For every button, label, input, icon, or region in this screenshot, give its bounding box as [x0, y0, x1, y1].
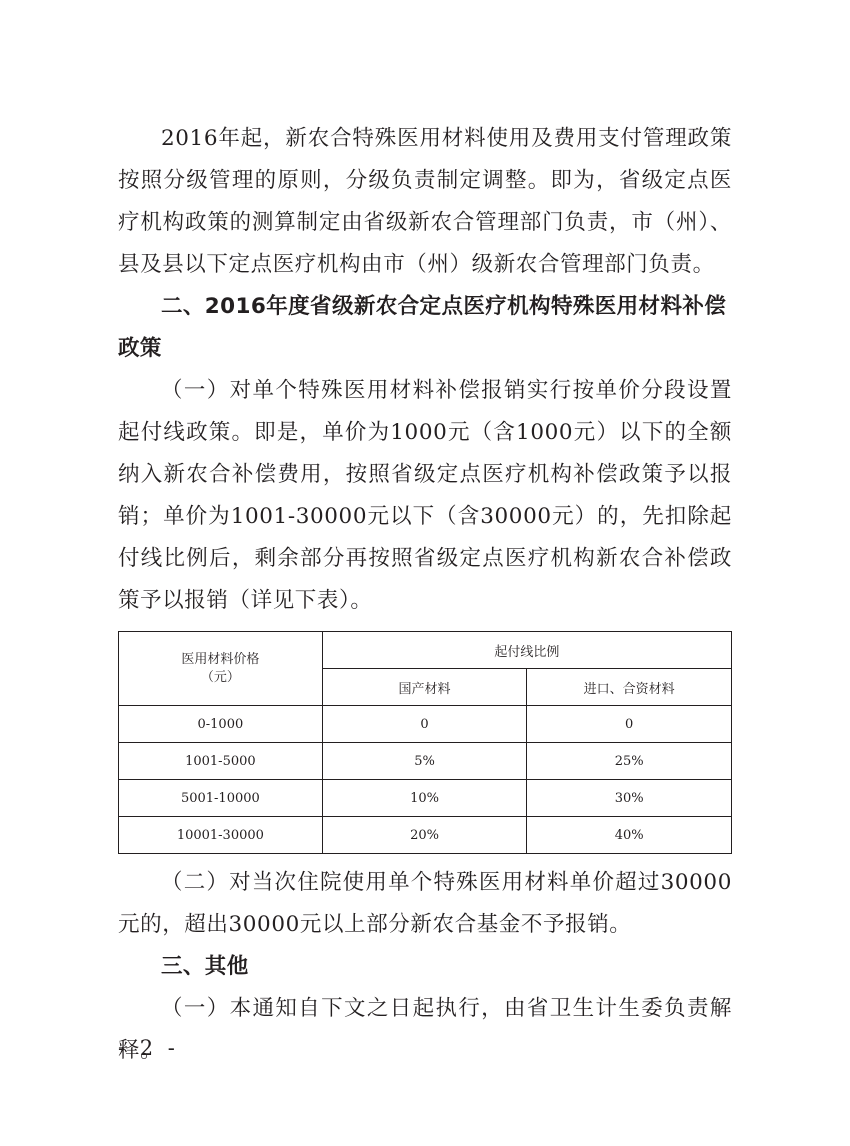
cell-domestic: 20%	[322, 817, 527, 854]
section-2-heading: 二、2016年度省级新农合定点医疗机构特殊医用材料补偿政策	[118, 286, 732, 370]
table-row: 1001-5000 5% 25%	[119, 743, 732, 780]
cell-imported: 30%	[527, 780, 732, 817]
cell-domestic: 5%	[322, 743, 527, 780]
page-number: - 2 -	[118, 1036, 179, 1060]
header-price-unit: （元）	[119, 669, 322, 687]
section-3-heading: 三、其他	[118, 946, 732, 988]
document-page: 2016年起，新农合特殊医用材料使用及费用支付管理政策按照分级管理的原则，分级负…	[118, 118, 732, 1072]
cell-imported: 0	[527, 706, 732, 743]
header-price-label: 医用材料价格	[119, 651, 322, 669]
cell-imported: 40%	[527, 817, 732, 854]
header-imported: 进口、合资材料	[527, 669, 732, 706]
cell-range: 5001-10000	[119, 780, 323, 817]
cell-range: 0-1000	[119, 706, 323, 743]
cell-imported: 25%	[527, 743, 732, 780]
section-2-item-1: （一）对单个特殊医用材料补偿报销实行按单价分段设置起付线政策。即是，单价为100…	[118, 370, 732, 622]
cell-domestic: 10%	[322, 780, 527, 817]
intro-paragraph: 2016年起，新农合特殊医用材料使用及费用支付管理政策按照分级管理的原则，分级负…	[118, 118, 732, 286]
table-row: 0-1000 0 0	[119, 706, 732, 743]
header-deductible-ratio: 起付线比例	[322, 632, 731, 669]
cell-range: 10001-30000	[119, 817, 323, 854]
header-price: 医用材料价格 （元）	[119, 632, 323, 706]
cell-domestic: 0	[322, 706, 527, 743]
table-row: 10001-30000 20% 40%	[119, 817, 732, 854]
section-2-item-2: （二）对当次住院使用单个特殊医用材料单价超过30000元的，超出30000元以上…	[118, 862, 732, 946]
deductible-ratio-table: 医用材料价格 （元） 起付线比例 国产材料 进口、合资材料 0-1000 0 0…	[118, 631, 732, 854]
section-3-item-1: （一）本通知自下文之日起执行，由省卫生计生委负责解释。	[118, 988, 732, 1072]
table-header-row-1: 医用材料价格 （元） 起付线比例	[119, 632, 732, 669]
cell-range: 1001-5000	[119, 743, 323, 780]
table-row: 5001-10000 10% 30%	[119, 780, 732, 817]
header-domestic: 国产材料	[322, 669, 527, 706]
